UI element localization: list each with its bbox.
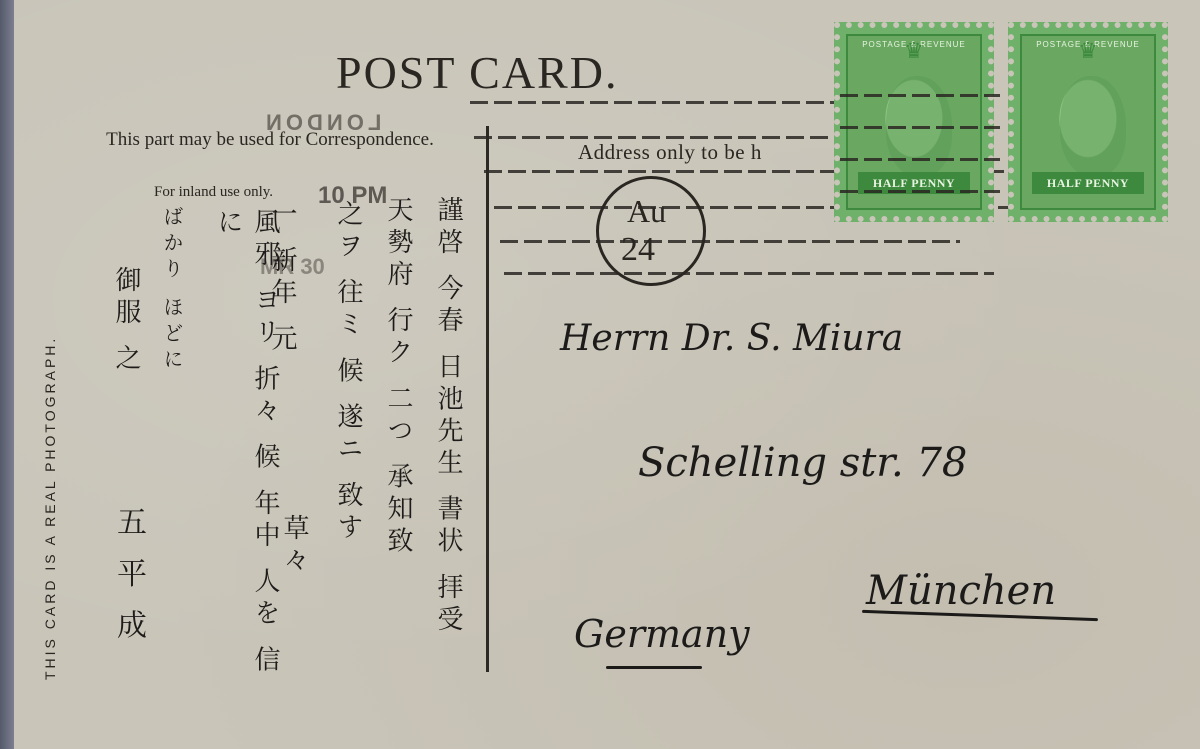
address-line-4-underline [606,666,702,669]
address-line-3: München [866,568,1056,614]
message-column: 天勢府 行ク 二つ 承知致 [380,196,417,676]
address-line-4: Germany [574,612,750,656]
stamp-half-penny-2: POSTAGE & REVENUE ♛ HALF PENNY [1008,22,1168,222]
message-column: 之ヲ 往ミ 候 遂ニ 致す [330,200,367,620]
postcard: POST CARD. This part may be used for Cor… [14,0,1200,749]
message-column: 謹啓 今春 日池先生 書状 拝受 [430,196,467,716]
message-column: 御服 之 [108,266,145,416]
cancellation-line [504,272,994,275]
cancellation-line [840,158,1000,161]
postmark: Au 24 [596,176,706,286]
address-line-2: Schelling str. 78 [638,440,967,486]
message-column: ばかり ほどに [158,206,187,376]
cancellation-line [840,126,1000,129]
king-portrait-icon [1060,76,1126,176]
address-line-1: Herrn Dr. S. Miura [560,318,903,359]
crown-icon: ♛ [904,38,924,64]
postcard-title: POST CARD. [336,46,618,99]
cancellation-line [500,240,960,243]
message-column: 五 平 成 [106,506,150,646]
card-background-edge [0,0,14,749]
crown-icon: ♛ [1078,38,1098,64]
address-label: Address only to be h [578,140,762,165]
cancellation-line [840,94,1000,97]
postmark-month: Au [627,193,666,230]
message-column: 風邪 ヨリ 折々 候 年中 人を 信 に [210,208,284,698]
photo-note: THIS CARD IS A REAL PHOTOGRAPH. [42,336,58,680]
cancellation-line [840,190,1000,193]
stamp-value: HALF PENNY [1032,172,1144,194]
postmark-day: 24 [621,231,655,269]
message-column: 草々 [276,514,313,594]
ghost-postmark-city: LONDON [262,110,381,136]
inland-note: For inland use only. [154,184,273,201]
card-divider-line [486,126,489,672]
